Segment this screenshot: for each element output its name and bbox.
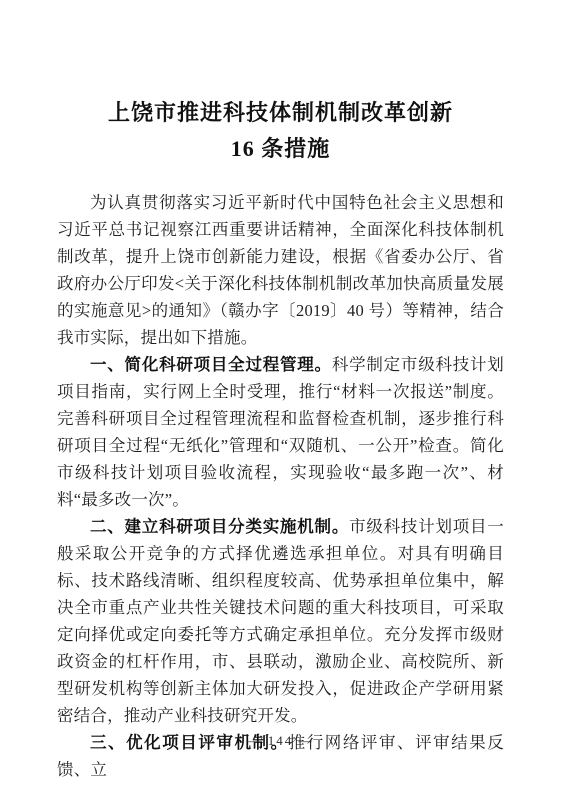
- paragraph-measure-2: 二、建立科研项目分类实施机制。市级科技计划项目一般采取公开竞争的方式择优遴选承担…: [57, 513, 504, 729]
- paragraph-text: 市级科技计划项目一般采取公开竞争的方式择优遴选承担单位。对具有明确目标、技术路线…: [57, 517, 504, 725]
- document-body: 为认真贯彻落实习近平新时代中国特色社会主义思想和习近平总书记视察江西重要讲话精神…: [57, 189, 504, 783]
- paragraph-intro: 为认真贯彻落实习近平新时代中国特色社会主义思想和习近平总书记视察江西重要讲话精神…: [57, 189, 504, 351]
- title-line-1: 上饶市推进科技体制机制改革创新: [40, 95, 521, 131]
- document-page: 上饶市推进科技体制机制改革创新 16 条措施 为认真贯彻落实习近平新时代中国特色…: [0, 0, 561, 793]
- title-line-2: 16 条措施: [40, 131, 521, 167]
- page-number: — 144 —: [0, 733, 561, 749]
- paragraph-lead: 二、建立科研项目分类实施机制。: [90, 517, 349, 536]
- paragraph-text: 为认真贯彻落实习近平新时代中国特色社会主义思想和习近平总书记视察江西重要讲话精神…: [57, 193, 504, 347]
- paragraph-text: 科学制定市级科技计划项目指南，实行网上全时受理，推行“材料一次报送”制度。完善科…: [57, 355, 504, 509]
- paragraph-lead: 一、简化科研项目全过程管理。: [90, 355, 332, 374]
- document-title: 上饶市推进科技体制机制改革创新 16 条措施: [40, 95, 521, 167]
- paragraph-measure-1: 一、简化科研项目全过程管理。科学制定市级科技计划项目指南，实行网上全时受理，推行…: [57, 351, 504, 513]
